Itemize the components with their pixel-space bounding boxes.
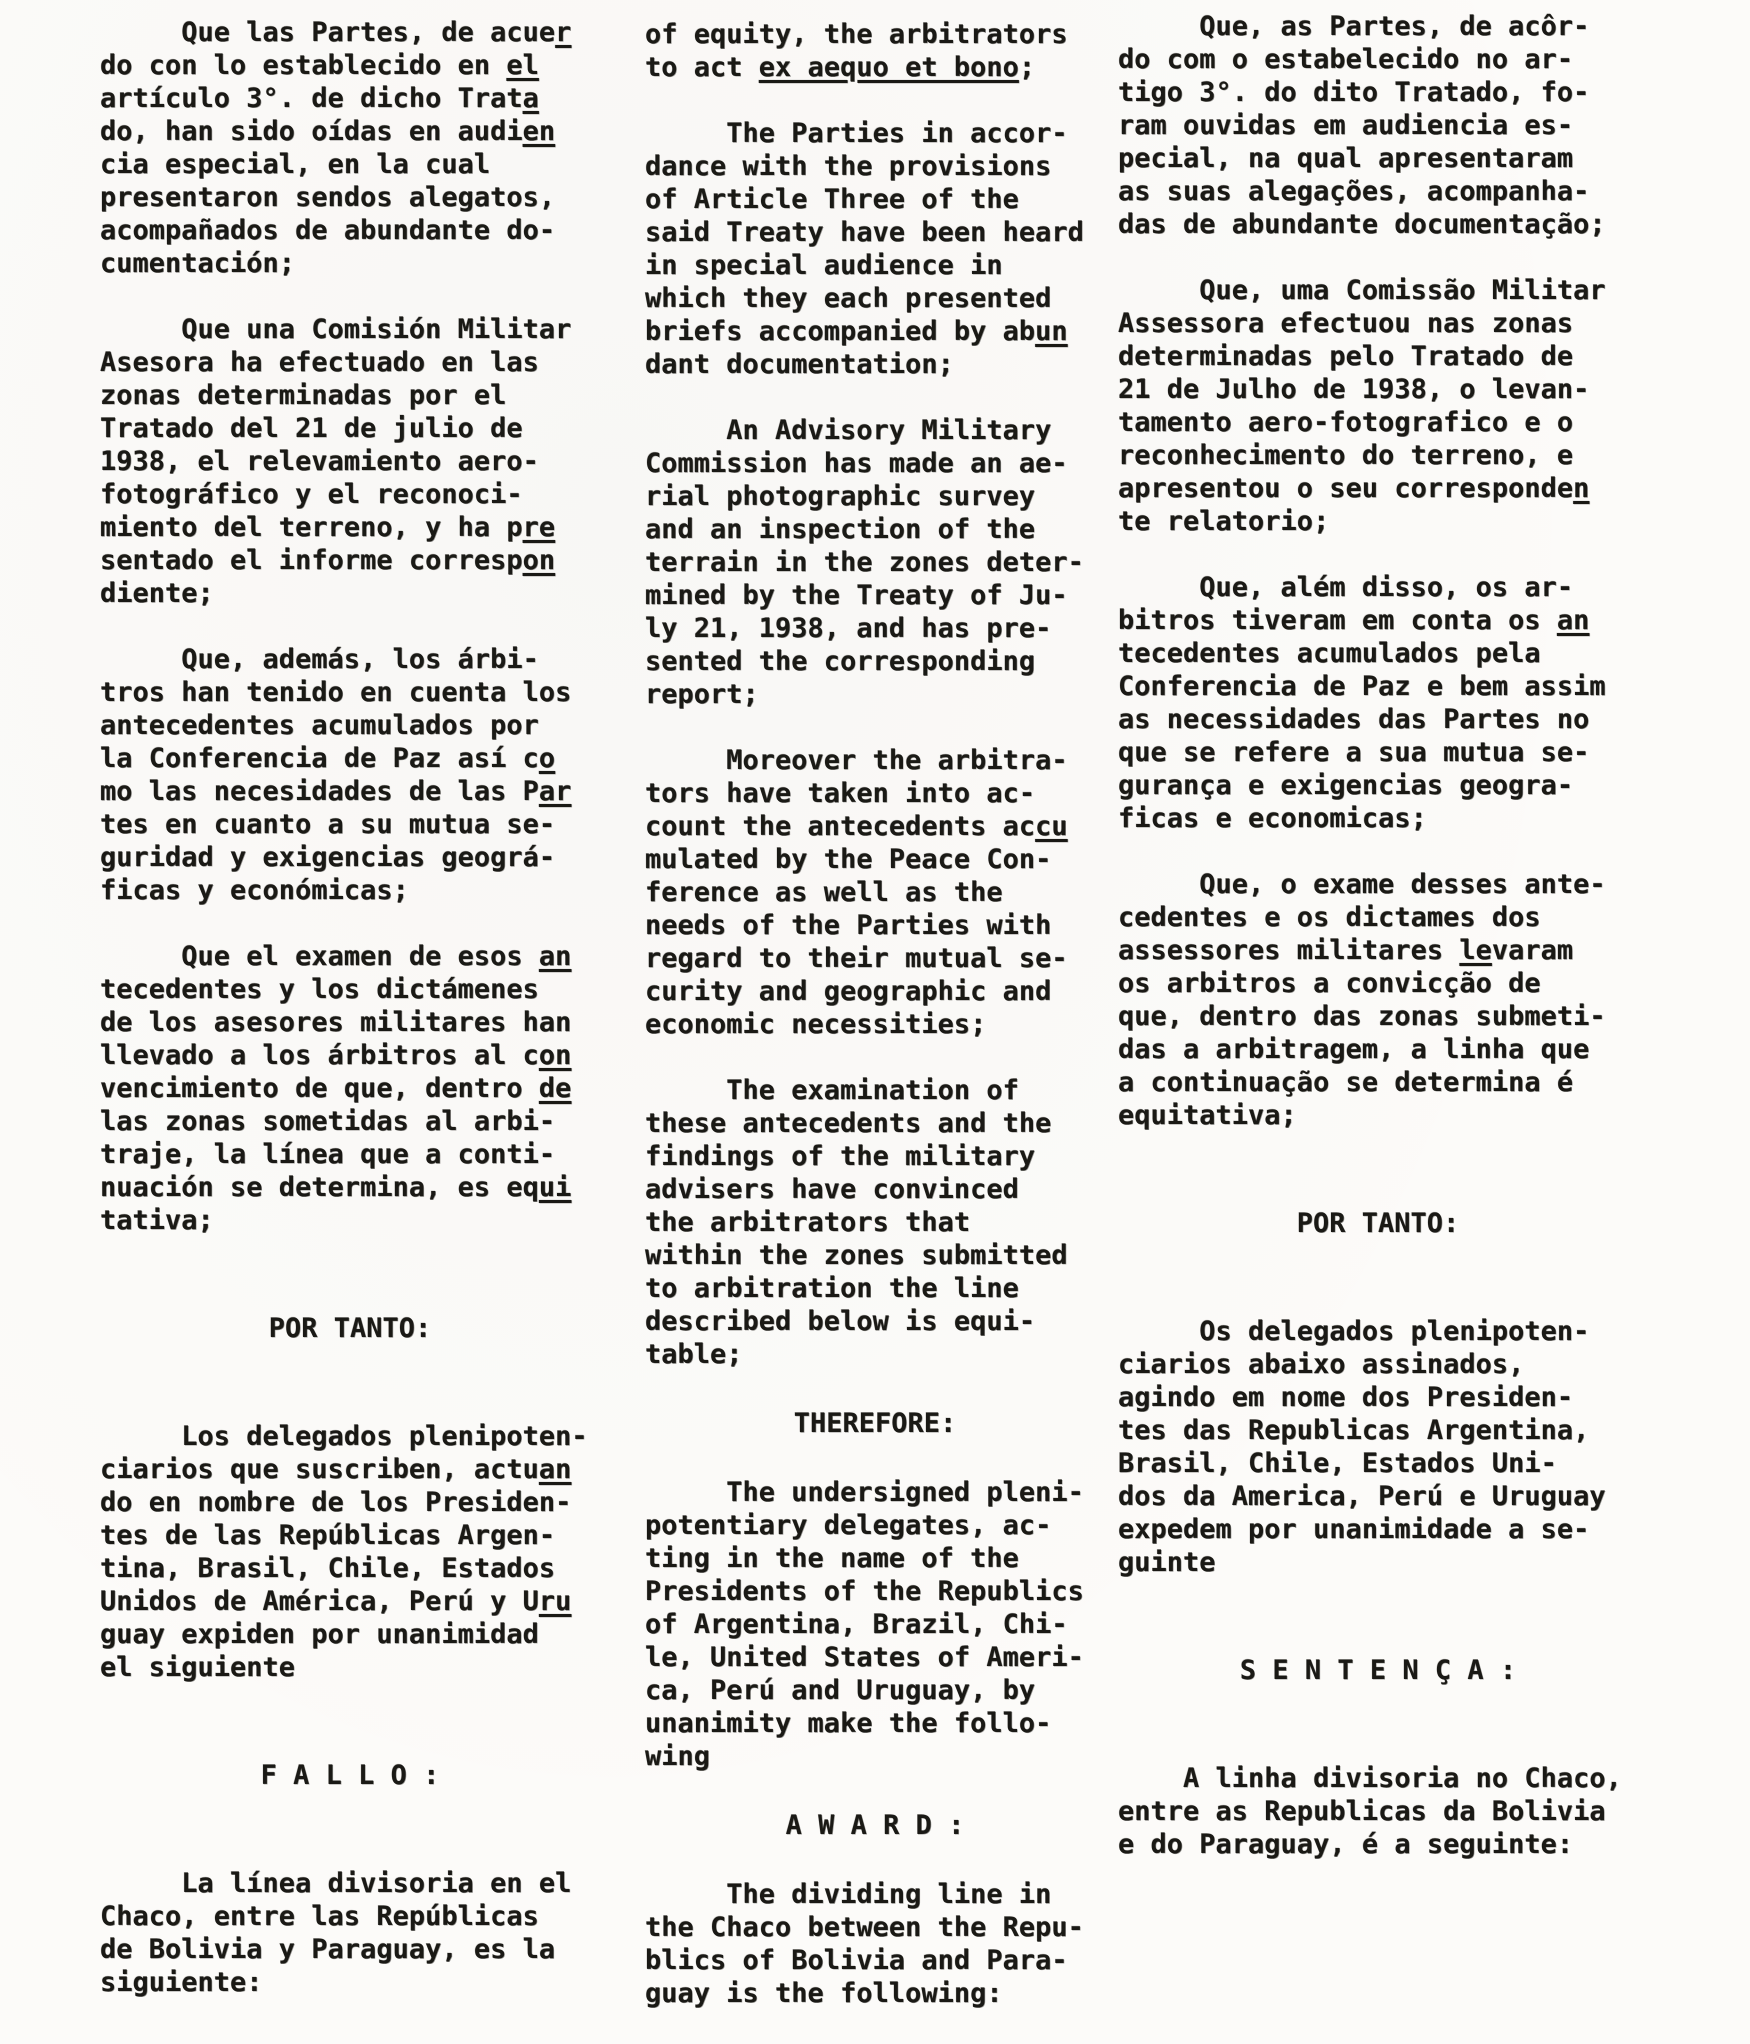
text-line: cia especial, en la cual: [100, 148, 600, 181]
column-spanish: Que las Partes, de acuerdo con lo establ…: [100, 16, 600, 2044]
text-line: 21 de Julho de 1938, o levan-: [1118, 373, 1638, 406]
text-line: antecedentes acumulados por: [100, 709, 600, 742]
text-line: tecedentes acumulados pela: [1118, 637, 1638, 670]
text-line: ca, Perú and Uruguay, by: [645, 1674, 1105, 1707]
text-line: de los asesores militares han: [100, 1006, 600, 1039]
text-line: Que, o exame desses ante-: [1118, 868, 1638, 901]
text-line: presentaron sendos alegatos,: [100, 181, 600, 214]
text-line: rial photographic survey: [645, 480, 1105, 513]
text-line: acompañados de abundante do-: [100, 214, 600, 247]
paragraph: The examination ofthese antecedents and …: [645, 1074, 1105, 1371]
text-line: The dividing line in: [645, 1878, 1105, 1911]
text-line: guay expiden por unanimidad: [100, 1618, 600, 1651]
text-line: briefs accompanied by abun: [645, 315, 1105, 348]
paragraph: Que las Partes, de acuerdo con lo establ…: [100, 16, 600, 280]
text-line: guinte: [1118, 1546, 1638, 1579]
text-line: dos da America, Perú e Uruguay: [1118, 1480, 1638, 1513]
text-line: equitativa;: [1118, 1099, 1638, 1132]
paragraph: Que, o exame desses ante-cedentes e os d…: [1118, 868, 1638, 1132]
text-line: te relatorio;: [1118, 505, 1638, 538]
text-line: miento del terreno, y ha pre: [100, 511, 600, 544]
text-line: tes das Republicas Argentina,: [1118, 1414, 1638, 1447]
text-line: Presidents of the Republics: [645, 1575, 1105, 1608]
text-line: in special audience in: [645, 249, 1105, 282]
text-line: das a arbitragem, a linha que: [1118, 1033, 1638, 1066]
text-line: ly 21, 1938, and has pre-: [645, 612, 1105, 645]
text-line: tros han tenido en cuenta los: [100, 676, 600, 709]
text-line: ficas y económicas;: [100, 874, 600, 907]
text-line: potentiary delegates, ac-: [645, 1509, 1105, 1542]
section-heading: F A L L O :: [100, 1759, 600, 1792]
text-line: to arbitration the line: [645, 1272, 1105, 1305]
text-line: Brasil, Chile, Estados Uni-: [1118, 1447, 1638, 1480]
text-line: tigo 3°. do dito Tratado, fo-: [1118, 76, 1638, 109]
text-line: tativa;: [100, 1204, 600, 1237]
text-line: ference as well as the: [645, 876, 1105, 909]
text-line: described below is equi-: [645, 1305, 1105, 1338]
text-line: Os delegados plenipoten-: [1118, 1315, 1638, 1348]
text-line: Moreover the arbitra-: [645, 744, 1105, 777]
column-english: of equity, the arbitratorsto act ex aequ…: [645, 18, 1105, 2044]
text-line: tors have taken into ac-: [645, 777, 1105, 810]
text-line: determinadas pelo Tratado de: [1118, 340, 1638, 373]
text-line: ram ouvidas em audiencia es-: [1118, 109, 1638, 142]
text-line: cumentación;: [100, 247, 600, 280]
paragraph: The dividing line inthe Chaco between th…: [645, 1878, 1105, 2010]
paragraph: The undersigned pleni-potentiary delegat…: [645, 1476, 1105, 1773]
text-line: assessores militares levaram: [1118, 934, 1638, 967]
paragraph: An Advisory MilitaryCommission has made …: [645, 414, 1105, 711]
text-line: dance with the provisions: [645, 150, 1105, 183]
text-line: La línea divisoria en el: [100, 1867, 600, 1900]
paragraph: Que el examen de esos antecedentes y los…: [100, 940, 600, 1237]
text-line: reconhecimento do terreno, e: [1118, 439, 1638, 472]
text-line: as necessidades das Partes no: [1118, 703, 1638, 736]
text-line: a continuação se determina é: [1118, 1066, 1638, 1099]
text-line: Commission has made an ae-: [645, 447, 1105, 480]
text-line: 1938, el relevamiento aero-: [100, 445, 600, 478]
text-line: bitros tiveram em conta os an: [1118, 604, 1638, 637]
text-line: within the zones submitted: [645, 1239, 1105, 1272]
text-line: to act ex aequo et bono;: [645, 51, 1105, 84]
text-line: apresentou o seu corresponden: [1118, 472, 1638, 505]
text-line: Asesora ha efectuado en las: [100, 346, 600, 379]
text-line: ciarios que suscriben, actuan: [100, 1453, 600, 1486]
paragraph: Que una Comisión MilitarAsesora ha efect…: [100, 313, 600, 610]
text-line: dant documentation;: [645, 348, 1105, 381]
text-line: nuación se determina, es equi: [100, 1171, 600, 1204]
column-portuguese: Que, as Partes, de acôr-do com o estabel…: [1118, 10, 1638, 2044]
text-line: ciarios abaixo assinados,: [1118, 1348, 1638, 1381]
text-line: llevado a los árbitros al con: [100, 1039, 600, 1072]
text-line: mulated by the Peace Con-: [645, 843, 1105, 876]
text-line: blics of Bolivia and Para-: [645, 1944, 1105, 1977]
text-line: de Bolivia y Paraguay, es la: [100, 1933, 600, 1966]
text-line: guay is the following:: [645, 1977, 1105, 2010]
text-line: economic necessities;: [645, 1008, 1105, 1041]
text-line: An Advisory Military: [645, 414, 1105, 447]
text-line: advisers have convinced: [645, 1173, 1105, 1206]
text-line: el siguiente: [100, 1651, 600, 1684]
text-line: Unidos de América, Perú y Uru: [100, 1585, 600, 1618]
text-line: tina, Brasil, Chile, Estados: [100, 1552, 600, 1585]
text-line: vencimiento de que, dentro de: [100, 1072, 600, 1105]
text-line: of Article Three of the: [645, 183, 1105, 216]
text-line: tes de las Repúblicas Argen-: [100, 1519, 600, 1552]
text-line: regard to their mutual se-: [645, 942, 1105, 975]
text-line: as suas alegações, acompanha-: [1118, 175, 1638, 208]
text-line: The examination of: [645, 1074, 1105, 1107]
text-line: terrain in the zones deter-: [645, 546, 1105, 579]
text-line: os arbitros a convicção de: [1118, 967, 1638, 1000]
text-line: Los delegados plenipoten-: [100, 1420, 600, 1453]
text-line: findings of the military: [645, 1140, 1105, 1173]
text-line: report;: [645, 678, 1105, 711]
text-line: curity and geographic and: [645, 975, 1105, 1008]
paragraph: The Parties in accor-dance with the prov…: [645, 117, 1105, 381]
text-line: mo las necesidades de las Par: [100, 775, 600, 808]
text-line: Que, además, los árbi-: [100, 643, 600, 676]
paragraph: Que, uma Comissão MilitarAssessora efect…: [1118, 274, 1638, 538]
text-line: of equity, the arbitrators: [645, 18, 1105, 51]
text-line: Que una Comisión Militar: [100, 313, 600, 346]
text-line: expedem por unanimidade a se-: [1118, 1513, 1638, 1546]
text-line: das de abundante documentação;: [1118, 208, 1638, 241]
text-line: Que, as Partes, de acôr-: [1118, 10, 1638, 43]
text-line: Tratado del 21 de julio de: [100, 412, 600, 445]
paragraph: of equity, the arbitratorsto act ex aequ…: [645, 18, 1105, 84]
text-line: le, United States of Ameri-: [645, 1641, 1105, 1674]
text-line: agindo em nome dos Presiden-: [1118, 1381, 1638, 1414]
paragraph: Que, além disso, os ar-bitros tiveram em…: [1118, 571, 1638, 835]
section-heading: POR TANTO:: [1118, 1207, 1638, 1240]
text-line: tecedentes y los dictámenes: [100, 973, 600, 1006]
text-line: ficas e economicas;: [1118, 802, 1638, 835]
text-line: do en nombre de los Presiden-: [100, 1486, 600, 1519]
text-line: table;: [645, 1338, 1105, 1371]
text-line: A linha divisoria no Chaco,: [1118, 1762, 1638, 1795]
text-line: these antecedents and the: [645, 1107, 1105, 1140]
text-line: count the antecedents accu: [645, 810, 1105, 843]
text-line: e do Paraguay, é a seguinte:: [1118, 1828, 1638, 1861]
section-heading: A W A R D :: [645, 1809, 1105, 1842]
text-line: Chaco, entre las Repúblicas: [100, 1900, 600, 1933]
text-line: and an inspection of the: [645, 513, 1105, 546]
text-line: unanimity make the follo-: [645, 1707, 1105, 1740]
text-line: ting in the name of the: [645, 1542, 1105, 1575]
paragraph: Los delegados plenipoten-ciarios que sus…: [100, 1420, 600, 1684]
document-page: Que las Partes, de acuerdo con lo establ…: [0, 0, 1750, 2044]
text-line: Que el examen de esos an: [100, 940, 600, 973]
text-line: que se refere a sua mutua se-: [1118, 736, 1638, 769]
text-line: do com o estabelecido no ar-: [1118, 43, 1638, 76]
text-line: fotográfico y el reconoci-: [100, 478, 600, 511]
section-heading: THEREFORE:: [645, 1407, 1105, 1440]
paragraph: Moreover the arbitra-tors have taken int…: [645, 744, 1105, 1041]
text-line: Assessora efectuou nas zonas: [1118, 307, 1638, 340]
text-line: pecial, na qual apresentaram: [1118, 142, 1638, 175]
text-line: sentado el informe correspon: [100, 544, 600, 577]
text-line: Que, além disso, os ar-: [1118, 571, 1638, 604]
text-line: mined by the Treaty of Ju-: [645, 579, 1105, 612]
text-line: said Treaty have been heard: [645, 216, 1105, 249]
text-line: do con lo establecido en el: [100, 49, 600, 82]
section-heading: S E N T E N Ç A :: [1118, 1654, 1638, 1687]
text-line: zonas determinadas por el: [100, 379, 600, 412]
section-heading: POR TANTO:: [100, 1312, 600, 1345]
text-line: of Argentina, Brazil, Chi-: [645, 1608, 1105, 1641]
text-line: tamento aero-fotografico e o: [1118, 406, 1638, 439]
text-line: the arbitrators that: [645, 1206, 1105, 1239]
text-line: guridad y exigencias geográ-: [100, 841, 600, 874]
paragraph: La línea divisoria en elChaco, entre las…: [100, 1867, 600, 1999]
paragraph: Os delegados plenipoten-ciarios abaixo a…: [1118, 1315, 1638, 1579]
paragraph: A linha divisoria no Chaco,entre as Repu…: [1118, 1762, 1638, 1861]
text-line: artículo 3°. de dicho Trata: [100, 82, 600, 115]
text-line: tes en cuanto a su mutua se-: [100, 808, 600, 841]
text-line: las zonas sometidas al arbi-: [100, 1105, 600, 1138]
text-line: Conferencia de Paz e bem assim: [1118, 670, 1638, 703]
text-line: siguiente:: [100, 1966, 600, 1999]
text-line: entre as Republicas da Bolivia: [1118, 1795, 1638, 1828]
text-line: la Conferencia de Paz así co: [100, 742, 600, 775]
text-line: traje, la línea que a conti-: [100, 1138, 600, 1171]
text-line: gurança e exigencias geogra-: [1118, 769, 1638, 802]
text-line: which they each presented: [645, 282, 1105, 315]
text-line: The Parties in accor-: [645, 117, 1105, 150]
text-line: wing: [645, 1740, 1105, 1773]
text-line: que, dentro das zonas submeti-: [1118, 1000, 1638, 1033]
text-line: Que, uma Comissão Militar: [1118, 274, 1638, 307]
text-line: diente;: [100, 577, 600, 610]
text-line: sented the corresponding: [645, 645, 1105, 678]
text-line: needs of the Parties with: [645, 909, 1105, 942]
text-line: do, han sido oídas en audien: [100, 115, 600, 148]
text-line: the Chaco between the Repu-: [645, 1911, 1105, 1944]
text-line: The undersigned pleni-: [645, 1476, 1105, 1509]
text-line: cedentes e os dictames dos: [1118, 901, 1638, 934]
paragraph: Que, además, los árbi-tros han tenido en…: [100, 643, 600, 907]
paragraph: Que, as Partes, de acôr-do com o estabel…: [1118, 10, 1638, 241]
text-line: Que las Partes, de acuer: [100, 16, 600, 49]
